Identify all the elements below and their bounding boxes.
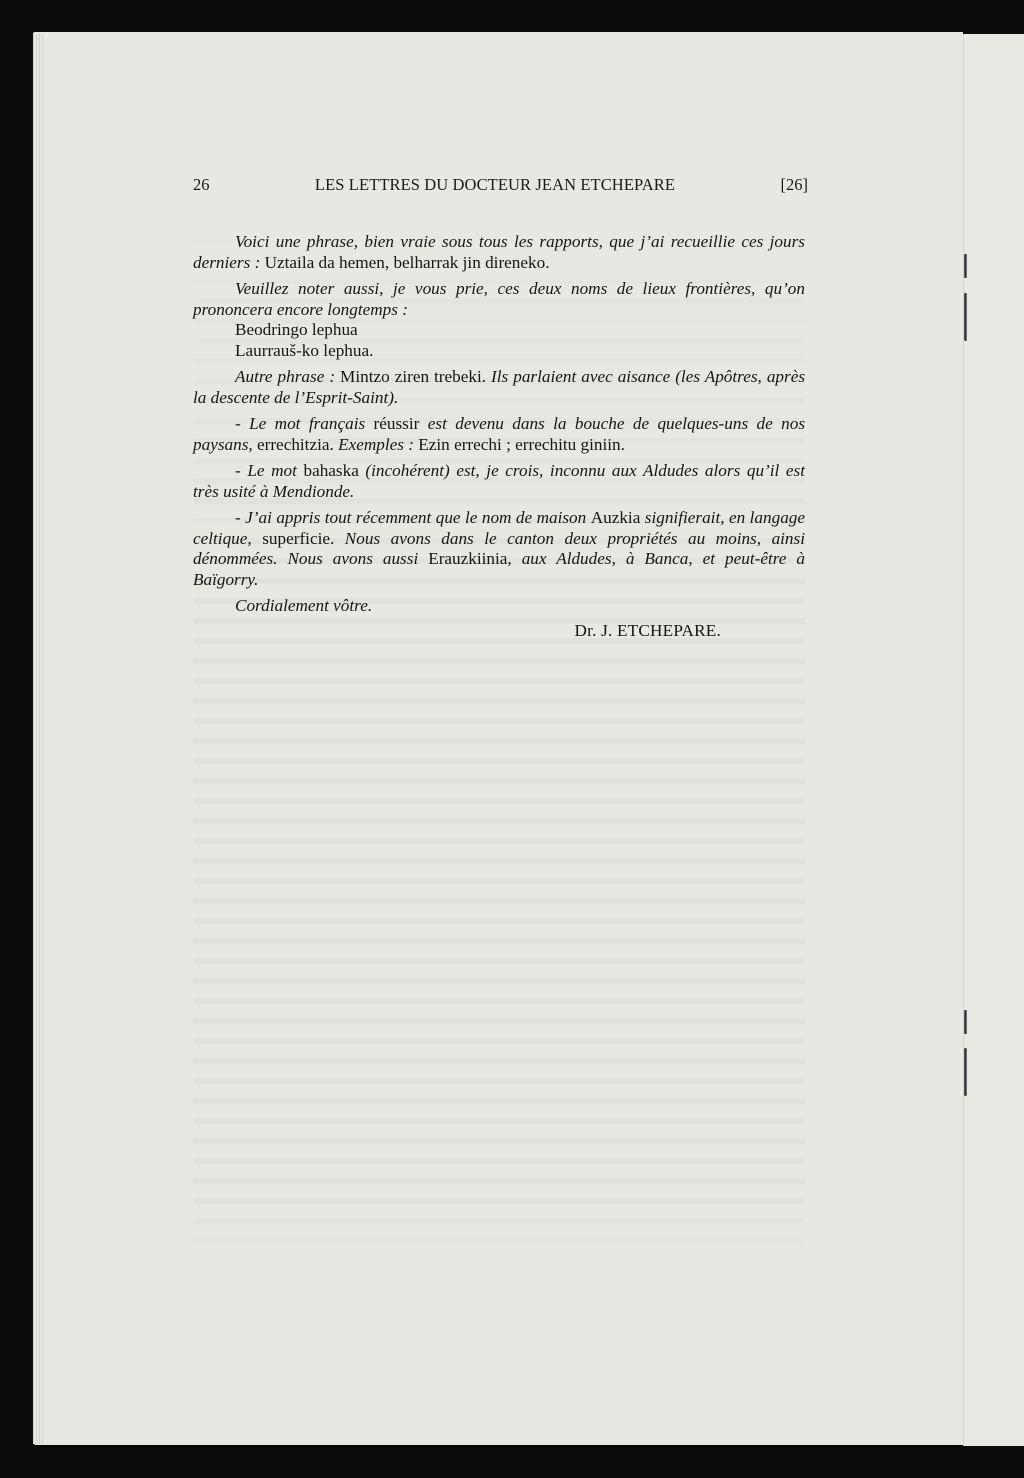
place-name: Beodringo lephua [193,320,805,341]
paragraph: - Le mot français réussir est devenu dan… [193,414,805,455]
text-italic: - Le mot [235,461,303,480]
staple-icon [964,293,967,341]
paragraph: Veuillez noter aussi, je vous prie, ces … [193,279,805,320]
text-basque: Ezin errechi ; errechitu giniin. [418,435,625,454]
text-basque: Erauzkiinia, [428,549,522,568]
text-italic: - Le mot français [235,414,374,433]
paragraph: - J’ai appris tout récemment que le nom … [193,508,805,590]
text-italic: - J’ai appris tout récemment que le nom … [235,508,591,527]
letter-body: Voici une phrase, bien vraie sous tous l… [193,232,805,641]
paragraph: - Le mot bahaska (incohérent) est, je cr… [193,461,805,502]
text-italic: Autre phrase : [235,367,340,386]
staple-icon [964,254,967,278]
page-number: 26 [193,175,210,195]
staple-icon [964,1010,967,1034]
signature: Dr. J. ETCHEPARE. [193,621,805,642]
closing-salutation: Cordialement vôtre. [193,596,805,617]
text-italic: Exemples : [338,435,418,454]
text-basque: bahaska [303,461,365,480]
text-basque: Uztaila da hemen, belharrak jin direneko… [265,253,550,272]
text-roman: superficie. [262,529,345,548]
page-stack-edges [33,34,45,1444]
paragraph: Autre phrase : Mintzo ziren trebeki. Ils… [193,367,805,408]
text-basque: Mintzo ziren trebeki. [340,367,491,386]
text-basque: errechitzia. [257,435,338,454]
text-basque: Auzkia [591,508,645,527]
running-head: 26 LES LETTRES DU DOCTEUR JEAN ETCHEPARE… [193,175,808,197]
place-name: Laurrauš-ko lephua. [193,341,805,362]
scanned-book-spread: 26 LES LETTRES DU DOCTEUR JEAN ETCHEPARE… [0,0,1024,1478]
staple-icon [964,1048,967,1096]
running-title: LES LETTRES DU DOCTEUR JEAN ETCHEPARE [315,175,675,195]
paragraph: Voici une phrase, bien vraie sous tous l… [193,232,805,273]
facing-page-edge [963,34,1024,1446]
text-roman: réussir [374,414,428,433]
bracket-page-number: [26] [780,175,808,195]
text-italic: Veuillez noter aussi, je vous prie, ces … [193,279,805,319]
